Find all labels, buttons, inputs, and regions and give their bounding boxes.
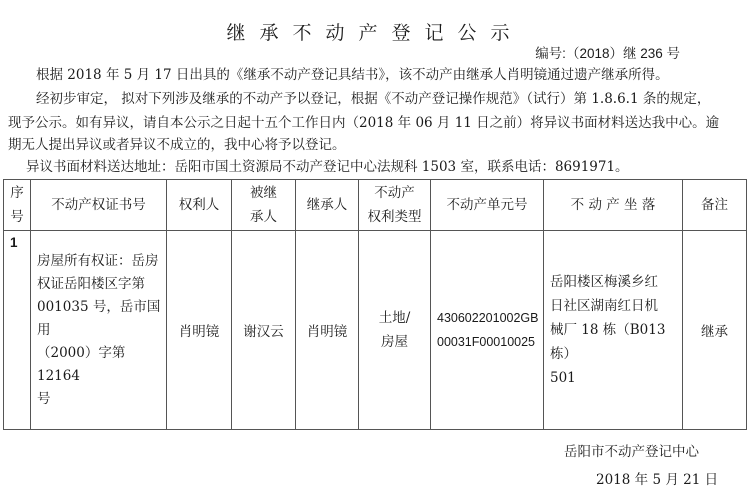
table-header-row: 序号 不动产权证书号 权利人 被继承人 继承人 不动产权利类型 不动产单元号 不… [4,180,747,231]
cell-heir: 肖明镜 [296,231,359,430]
footer-date: 2018 年 5 月 21 日 [596,468,718,488]
header-right-holder: 权利人 [167,180,232,231]
document-number: 编号:（2018）继 236 号 [535,42,680,62]
paragraph-address: 异议书面材料送达地址：岳阳市国土资源局不动产登记中心法规科 1503 室，联系电… [26,156,629,178]
header-right-type: 不动产权利类型 [359,180,431,231]
paragraph-review-1: 经初步审定， 拟对下列涉及继承的不动产予以登记，根据《不动产登记操作规范》（试行… [36,88,710,110]
document-title: 继承不动产登记公示 [0,18,750,45]
header-remark: 备注 [683,180,747,231]
cell-right-holder: 肖明镜 [167,231,232,430]
footer-organization: 岳阳市不动产登记中心 [564,440,699,460]
header-location: 不 动 产 坐 落 [544,180,683,231]
header-unit-no: 不动产单元号 [431,180,544,231]
cell-seq: 1 [4,231,31,430]
cell-unit-no: 430602201002GB 00031F00010025 [431,231,544,430]
cell-decedent: 谢汉云 [232,231,296,430]
cell-cert-no: 房屋所有权证：岳房 权证岳阳楼区字第 001035 号，岳市国用 （2000）字… [31,231,167,430]
cell-remark: 继承 [683,231,747,430]
paragraph-basis: 根据 2018 年 5 月 17 日出具的《继承不动产登记具结书》，该不动产由继… [36,64,669,86]
cell-right-type: 土地/ 房屋 [359,231,431,430]
registration-table: 序号 不动产权证书号 权利人 被继承人 继承人 不动产权利类型 不动产单元号 不… [3,179,747,430]
paragraph-review-2: 现予公示。如有异议，请自本公示之日起十五个工作日内（2018 年 06 月 11… [8,112,719,134]
cell-location: 岳阳楼区梅溪乡红 日社区湖南红日机 械厂 18 栋（B013 栋） 501 [544,231,683,430]
header-cert-no: 不动产权证书号 [31,180,167,231]
paragraph-review-3: 期无人提出异议或者异议不成立的，我中心将予以登记。 [8,134,346,156]
header-heir: 继承人 [296,180,359,231]
table-row: 1 房屋所有权证：岳房 权证岳阳楼区字第 001035 号，岳市国用 （2000… [4,231,747,430]
header-seq: 序号 [4,180,31,231]
header-decedent: 被继承人 [232,180,296,231]
